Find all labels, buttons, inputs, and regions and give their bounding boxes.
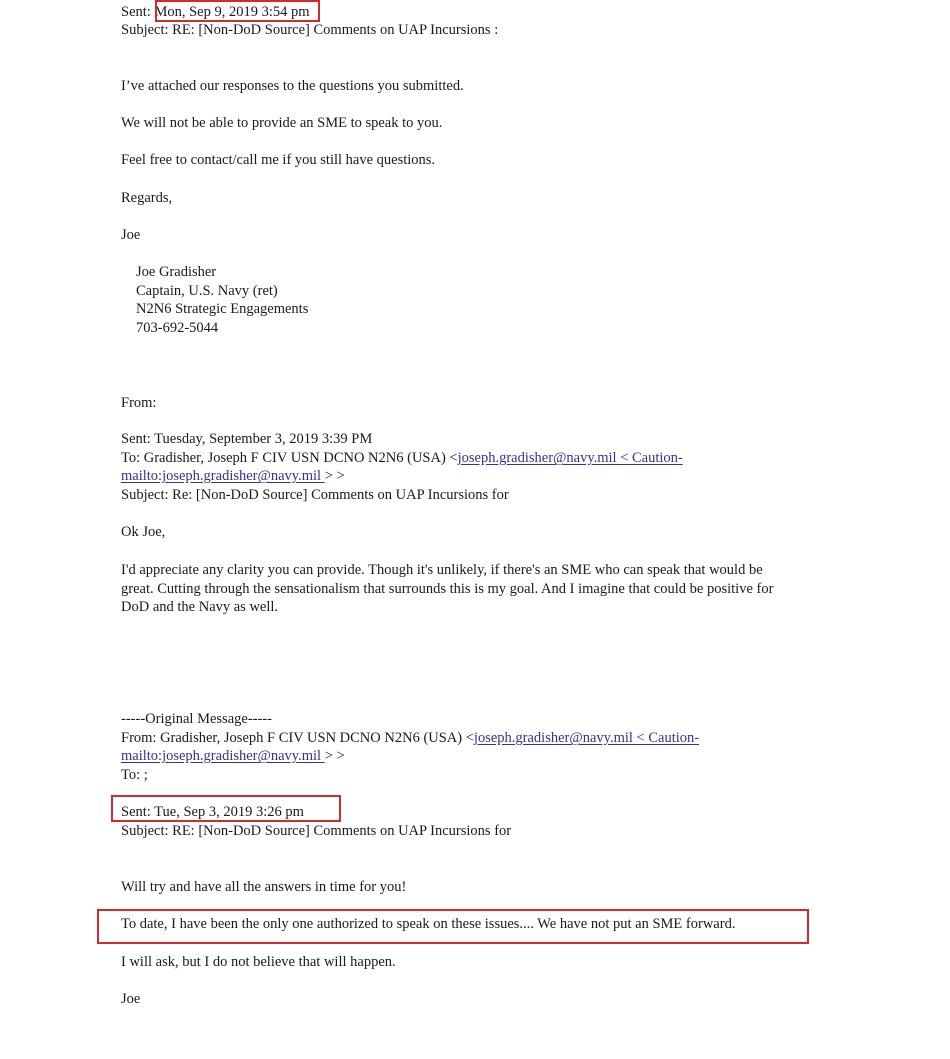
message1-subject: Subject: RE: [Non-DoD Source] Comments o… — [121, 21, 498, 39]
message1-sender-name: Joe — [121, 226, 140, 244]
message3-from-line-cont: mailto:joseph.gradisher@navy.mil > > — [121, 747, 345, 765]
message1-body-line: We will not be able to provide an SME to… — [121, 114, 442, 132]
message2-body-line: I'd appreciate any clarity you can provi… — [121, 561, 763, 579]
message2-from: From: — [121, 394, 156, 412]
message2-to-line-cont: mailto:joseph.gradisher@navy.mil > > — [121, 467, 345, 485]
message3-body-line: I will ask, but I do not believe that wi… — [121, 953, 396, 971]
message3-subject: Subject: RE: [Non-DoD Source] Comments o… — [121, 822, 511, 840]
highlight-box-sent-sep9 — [155, 0, 320, 22]
message1-body-line: Feel free to contact/call me if you stil… — [121, 151, 435, 169]
email-link[interactable]: joseph.gradisher@navy.mil < Caution- — [458, 450, 683, 466]
highlight-box-sent-sep3 — [111, 795, 341, 822]
original-message-separator: -----Original Message----- — [121, 710, 272, 728]
message1-body-line: I’ve attached our responses to the quest… — [121, 77, 464, 95]
message2-greeting: Ok Joe, — [121, 523, 165, 541]
message2-to-line: To: Gradisher, Joseph F CIV USN DCNO N2N… — [121, 449, 683, 467]
message1-closing: Regards, — [121, 189, 172, 207]
highlight-box-statement — [97, 909, 809, 944]
message2-subject: Subject: Re: [Non-DoD Source] Comments o… — [121, 486, 509, 504]
to-suffix: > > — [325, 468, 345, 484]
message3-from-line: From: Gradisher, Joseph F CIV USN DCNO N… — [121, 729, 699, 747]
mailto-link[interactable]: mailto:joseph.gradisher@navy.mil — [121, 748, 325, 764]
email-link[interactable]: joseph.gradisher@navy.mil < Caution- — [474, 730, 699, 746]
message3-signoff: Joe — [121, 990, 140, 1008]
message2-body-line: great. Cutting through the sensationalis… — [121, 580, 773, 598]
signature-department: N2N6 Strategic Engagements — [136, 300, 308, 318]
message2-body-line: DoD and the Navy as well. — [121, 598, 278, 616]
from-suffix: > > — [325, 748, 345, 764]
signature-title: Captain, U.S. Navy (ret) — [136, 282, 278, 300]
to-prefix: To: Gradisher, Joseph F CIV USN DCNO N2N… — [121, 450, 458, 466]
signature-name: Joe Gradisher — [136, 263, 216, 281]
signature-phone: 703-692-5044 — [136, 319, 218, 337]
message3-body-line: Will try and have all the answers in tim… — [121, 878, 406, 896]
from-prefix: From: Gradisher, Joseph F CIV USN DCNO N… — [121, 730, 474, 746]
message2-sent: Sent: Tuesday, September 3, 2019 3:39 PM — [121, 430, 372, 448]
sent-label: Sent: — [121, 4, 151, 20]
message3-to: To: ; — [121, 766, 148, 784]
mailto-link[interactable]: mailto:joseph.gradisher@navy.mil — [121, 468, 325, 484]
